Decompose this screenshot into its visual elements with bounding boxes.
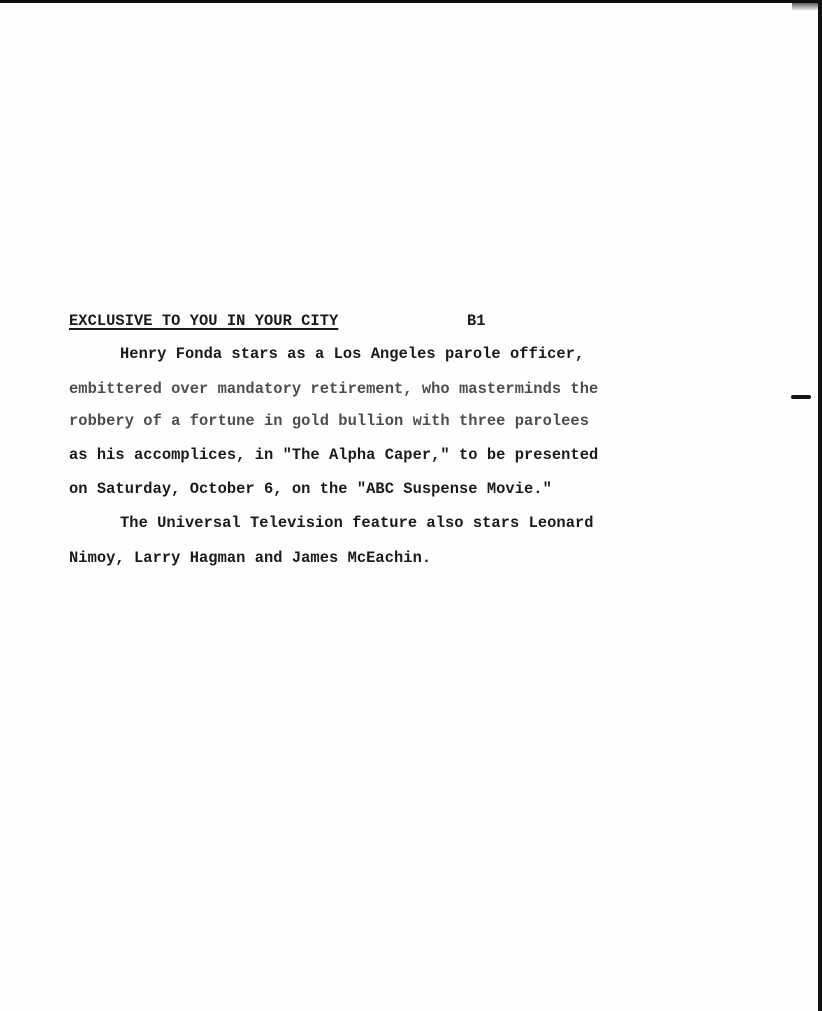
page-code: B1 xyxy=(467,312,486,330)
margin-mark xyxy=(791,395,811,399)
body-line-4: as his accomplices, in "The Alpha Caper,… xyxy=(69,446,598,464)
body-line-2: embittered over mandatory retirement, wh… xyxy=(69,380,598,398)
document-page: EXCLUSIVE TO YOU IN YOUR CITY B1 Henry F… xyxy=(0,0,822,1011)
body-line-6: The Universal Television feature also st… xyxy=(120,514,594,532)
body-line-3: robbery of a fortune in gold bullion wit… xyxy=(69,412,589,430)
body-line-5: on Saturday, October 6, on the "ABC Susp… xyxy=(69,480,552,498)
body-line-1: Henry Fonda stars as a Los Angeles parol… xyxy=(120,345,584,363)
scan-top-edge xyxy=(0,0,822,3)
scan-right-edge xyxy=(818,0,822,1011)
document-heading: EXCLUSIVE TO YOU IN YOUR CITY xyxy=(69,312,338,330)
body-line-7: Nimoy, Larry Hagman and James McEachin. xyxy=(69,549,431,567)
